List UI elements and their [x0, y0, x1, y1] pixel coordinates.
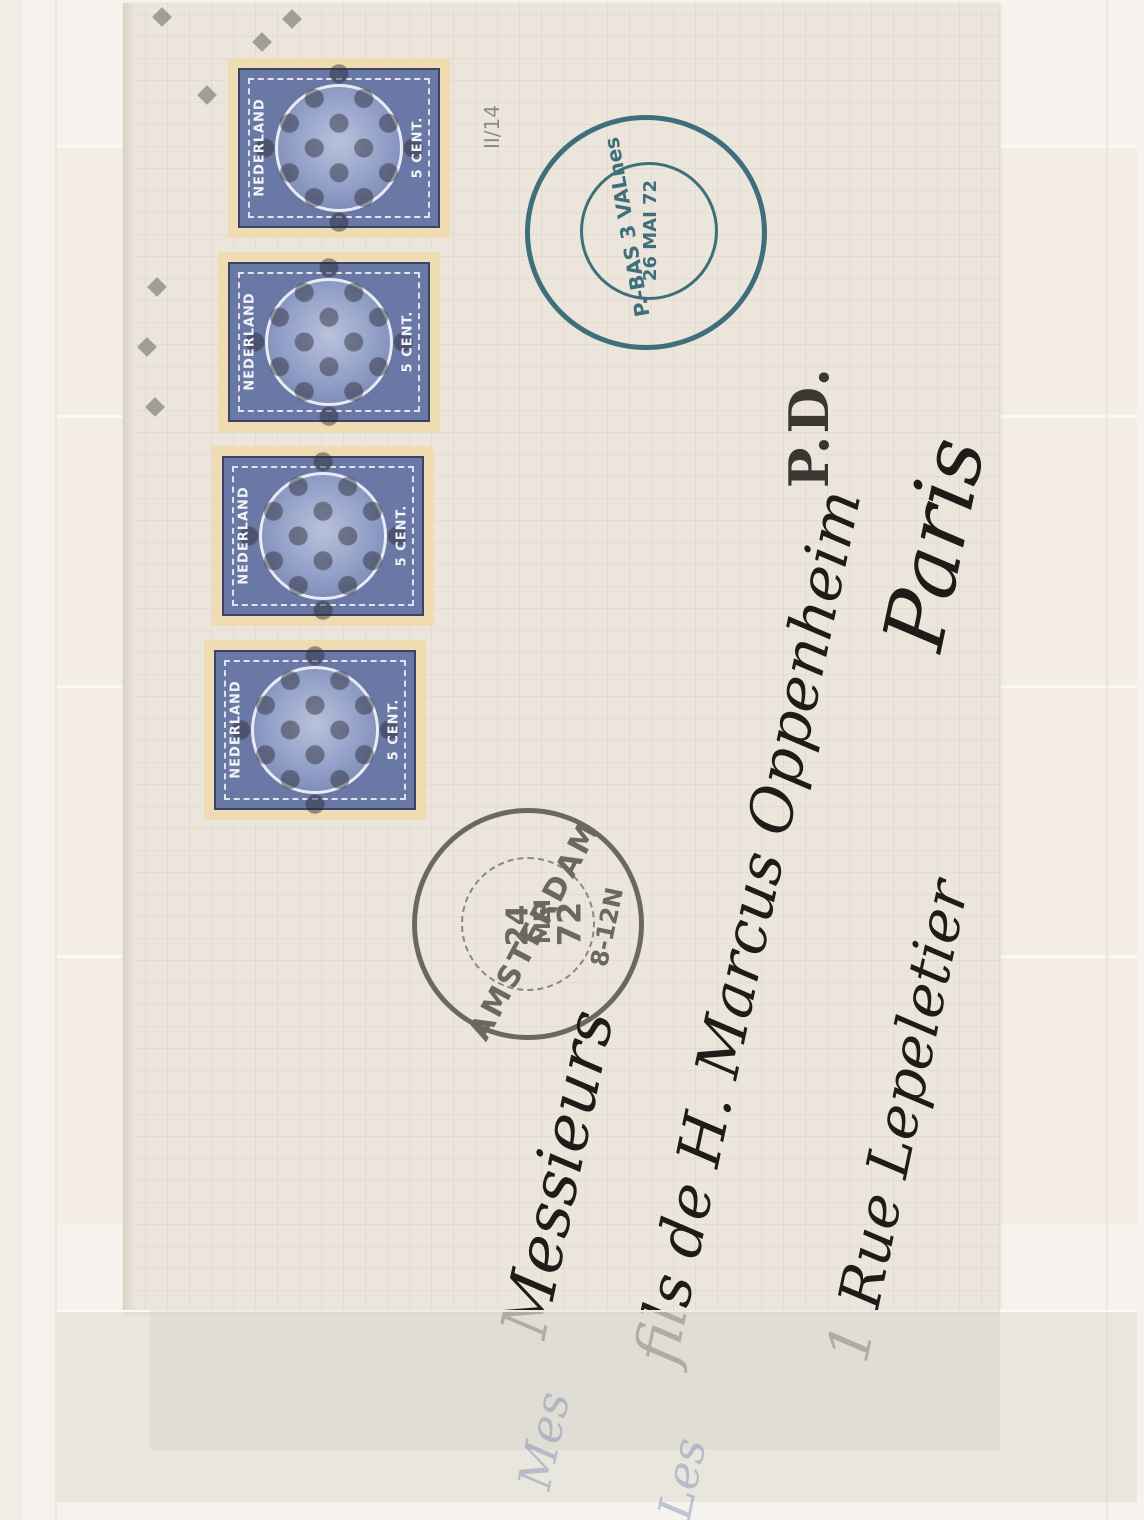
album-right-divider [1106, 0, 1108, 1520]
stamp-value: 5 CENT. [411, 78, 426, 218]
pencil-annotation: II/14 [480, 105, 504, 149]
cover-edge [123, 3, 135, 1313]
postmark-year: 72 [550, 902, 588, 947]
stamp-country: NEDERLAND [253, 78, 268, 218]
stamp-country: NEDERLAND [243, 272, 258, 412]
stamp: NEDERLAND 5 CENT. [228, 58, 450, 238]
stamp: NEDERLAND 5 CENT. [212, 446, 434, 626]
entry-postmark: P.-BAS 3 VALnes 26 MAI 72 [525, 115, 767, 350]
stamp-value: 5 CENT. [387, 660, 402, 800]
stamp-country: NEDERLAND [237, 466, 252, 606]
stamp-country: NEDERLAND [229, 660, 244, 800]
stamp: NEDERLAND 5 CENT. [204, 640, 426, 820]
postmark-date: 26 MAI 72 [640, 180, 661, 281]
stamp-value: 5 CENT. [395, 466, 410, 606]
mount-shadow [150, 1310, 1000, 1450]
album-left-margin [0, 0, 22, 1520]
postmark-time: 8-12N [585, 885, 629, 969]
stamp: NEDERLAND 5 CENT. [218, 252, 440, 432]
paid-to-destination-mark: P.D. [777, 366, 841, 488]
amsterdam-postmark: AMSTERDAM 24 MEI 72 8-12N [412, 808, 644, 1040]
stamp-value: 5 CENT. [401, 272, 416, 412]
